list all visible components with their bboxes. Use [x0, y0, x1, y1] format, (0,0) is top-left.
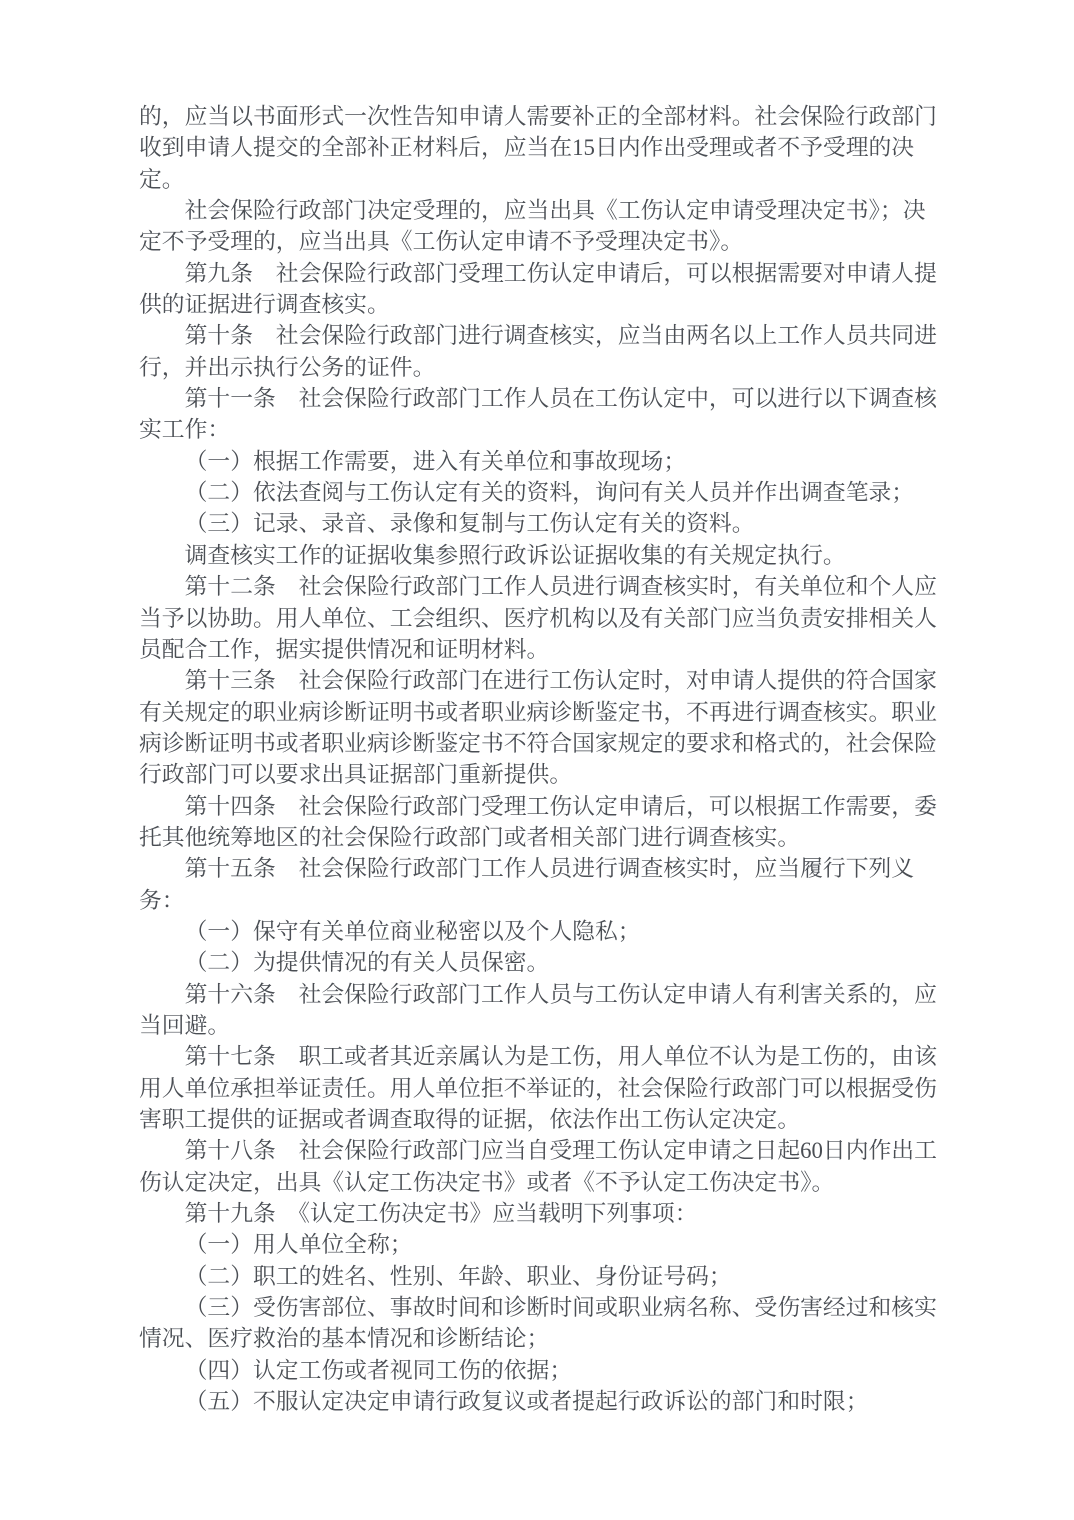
- text-line: 第十条 社会保险行政部门进行调查核实，应当由两名以上工作人员共同进: [139, 320, 946, 351]
- text-line: 收到申请人提交的全部补正材料后，应当在15日内作出受理或者不予受理的决: [139, 132, 946, 163]
- document-page: 的，应当以书面形式一次性告知申请人需要补正的全部材料。社会保险行政部门收到申请人…: [0, 0, 1074, 1520]
- text-line: （三）记录、录音、录像和复制与工伤认定有关的资料。: [139, 508, 946, 539]
- text-line: 害职工提供的证据或者调查取得的证据，依法作出工伤认定决定。: [139, 1104, 946, 1135]
- text-line: （二）职工的姓名、性别、年龄、职业、身份证号码；: [139, 1261, 946, 1292]
- text-line: 务：: [139, 885, 946, 916]
- text-line: 情况、医疗救治的基本情况和诊断结论；: [139, 1323, 946, 1354]
- text-line: （二）为提供情况的有关人员保密。: [139, 947, 946, 978]
- text-line: 托其他统筹地区的社会保险行政部门或者相关部门进行调查核实。: [139, 822, 946, 853]
- text-line: 员配合工作，据实提供情况和证明材料。: [139, 634, 946, 665]
- text-line: 第十九条 《认定工伤决定书》应当载明下列事项：: [139, 1198, 946, 1229]
- text-line: 当回避。: [139, 1010, 946, 1041]
- text-line: 第十七条 职工或者其近亲属认为是工伤，用人单位不认为是工伤的，由该: [139, 1041, 946, 1072]
- text-line: 病诊断证明书或者职业病诊断鉴定书不符合国家规定的要求和格式的，社会保险: [139, 728, 946, 759]
- text-line: （四）认定工伤或者视同工伤的依据；: [139, 1355, 946, 1386]
- text-line: 的，应当以书面形式一次性告知申请人需要补正的全部材料。社会保险行政部门: [139, 101, 946, 132]
- text-line: 第十八条 社会保险行政部门应当自受理工伤认定申请之日起60日内作出工: [139, 1135, 946, 1166]
- text-line: （一）用人单位全称；: [139, 1229, 946, 1260]
- text-line: 第十五条 社会保险行政部门工作人员进行调查核实时，应当履行下列义: [139, 853, 946, 884]
- text-line: 调查核实工作的证据收集参照行政诉讼证据收集的有关规定执行。: [139, 540, 946, 571]
- text-line: （一）保守有关单位商业秘密以及个人隐私；: [139, 916, 946, 947]
- text-line: 伤认定决定，出具《认定工伤决定书》或者《不予认定工伤决定书》。: [139, 1167, 946, 1198]
- text-line: 实工作：: [139, 414, 946, 445]
- text-line: 当予以协助。用人单位、工会组织、医疗机构以及有关部门应当负责安排相关人: [139, 603, 946, 634]
- text-line: （一）根据工作需要，进入有关单位和事故现场；: [139, 446, 946, 477]
- text-line: 用人单位承担举证责任。用人单位拒不举证的，社会保险行政部门可以根据受伤: [139, 1073, 946, 1104]
- text-line: 第十二条 社会保险行政部门工作人员进行调查核实时，有关单位和个人应: [139, 571, 946, 602]
- text-line: 第十一条 社会保险行政部门工作人员在工伤认定中，可以进行以下调查核: [139, 383, 946, 414]
- document-body: 的，应当以书面形式一次性告知申请人需要补正的全部材料。社会保险行政部门收到申请人…: [139, 101, 946, 1417]
- text-line: （五）不服认定决定申请行政复议或者提起行政诉讼的部门和时限；: [139, 1386, 946, 1417]
- text-line: 供的证据进行调查核实。: [139, 289, 946, 320]
- text-line: 行，并出示执行公务的证件。: [139, 352, 946, 383]
- text-line: （三）受伤害部位、事故时间和诊断时间或职业病名称、受伤害经过和核实: [139, 1292, 946, 1323]
- text-line: 行政部门可以要求出具证据部门重新提供。: [139, 759, 946, 790]
- text-line: 第九条 社会保险行政部门受理工伤认定申请后，可以根据需要对申请人提: [139, 258, 946, 289]
- text-line: 第十四条 社会保险行政部门受理工伤认定申请后，可以根据工作需要，委: [139, 791, 946, 822]
- text-line: 第十三条 社会保险行政部门在进行工伤认定时，对申请人提供的符合国家: [139, 665, 946, 696]
- text-line: 社会保险行政部门决定受理的，应当出具《工伤认定申请受理决定书》；决: [139, 195, 946, 226]
- text-line: 有关规定的职业病诊断证明书或者职业病诊断鉴定书，不再进行调查核实。职业: [139, 697, 946, 728]
- text-line: 定不予受理的，应当出具《工伤认定申请不予受理决定书》。: [139, 226, 946, 257]
- text-line: （二）依法查阅与工伤认定有关的资料，询问有关人员并作出调查笔录；: [139, 477, 946, 508]
- text-line: 定。: [139, 164, 946, 195]
- text-line: 第十六条 社会保险行政部门工作人员与工伤认定申请人有利害关系的，应: [139, 979, 946, 1010]
